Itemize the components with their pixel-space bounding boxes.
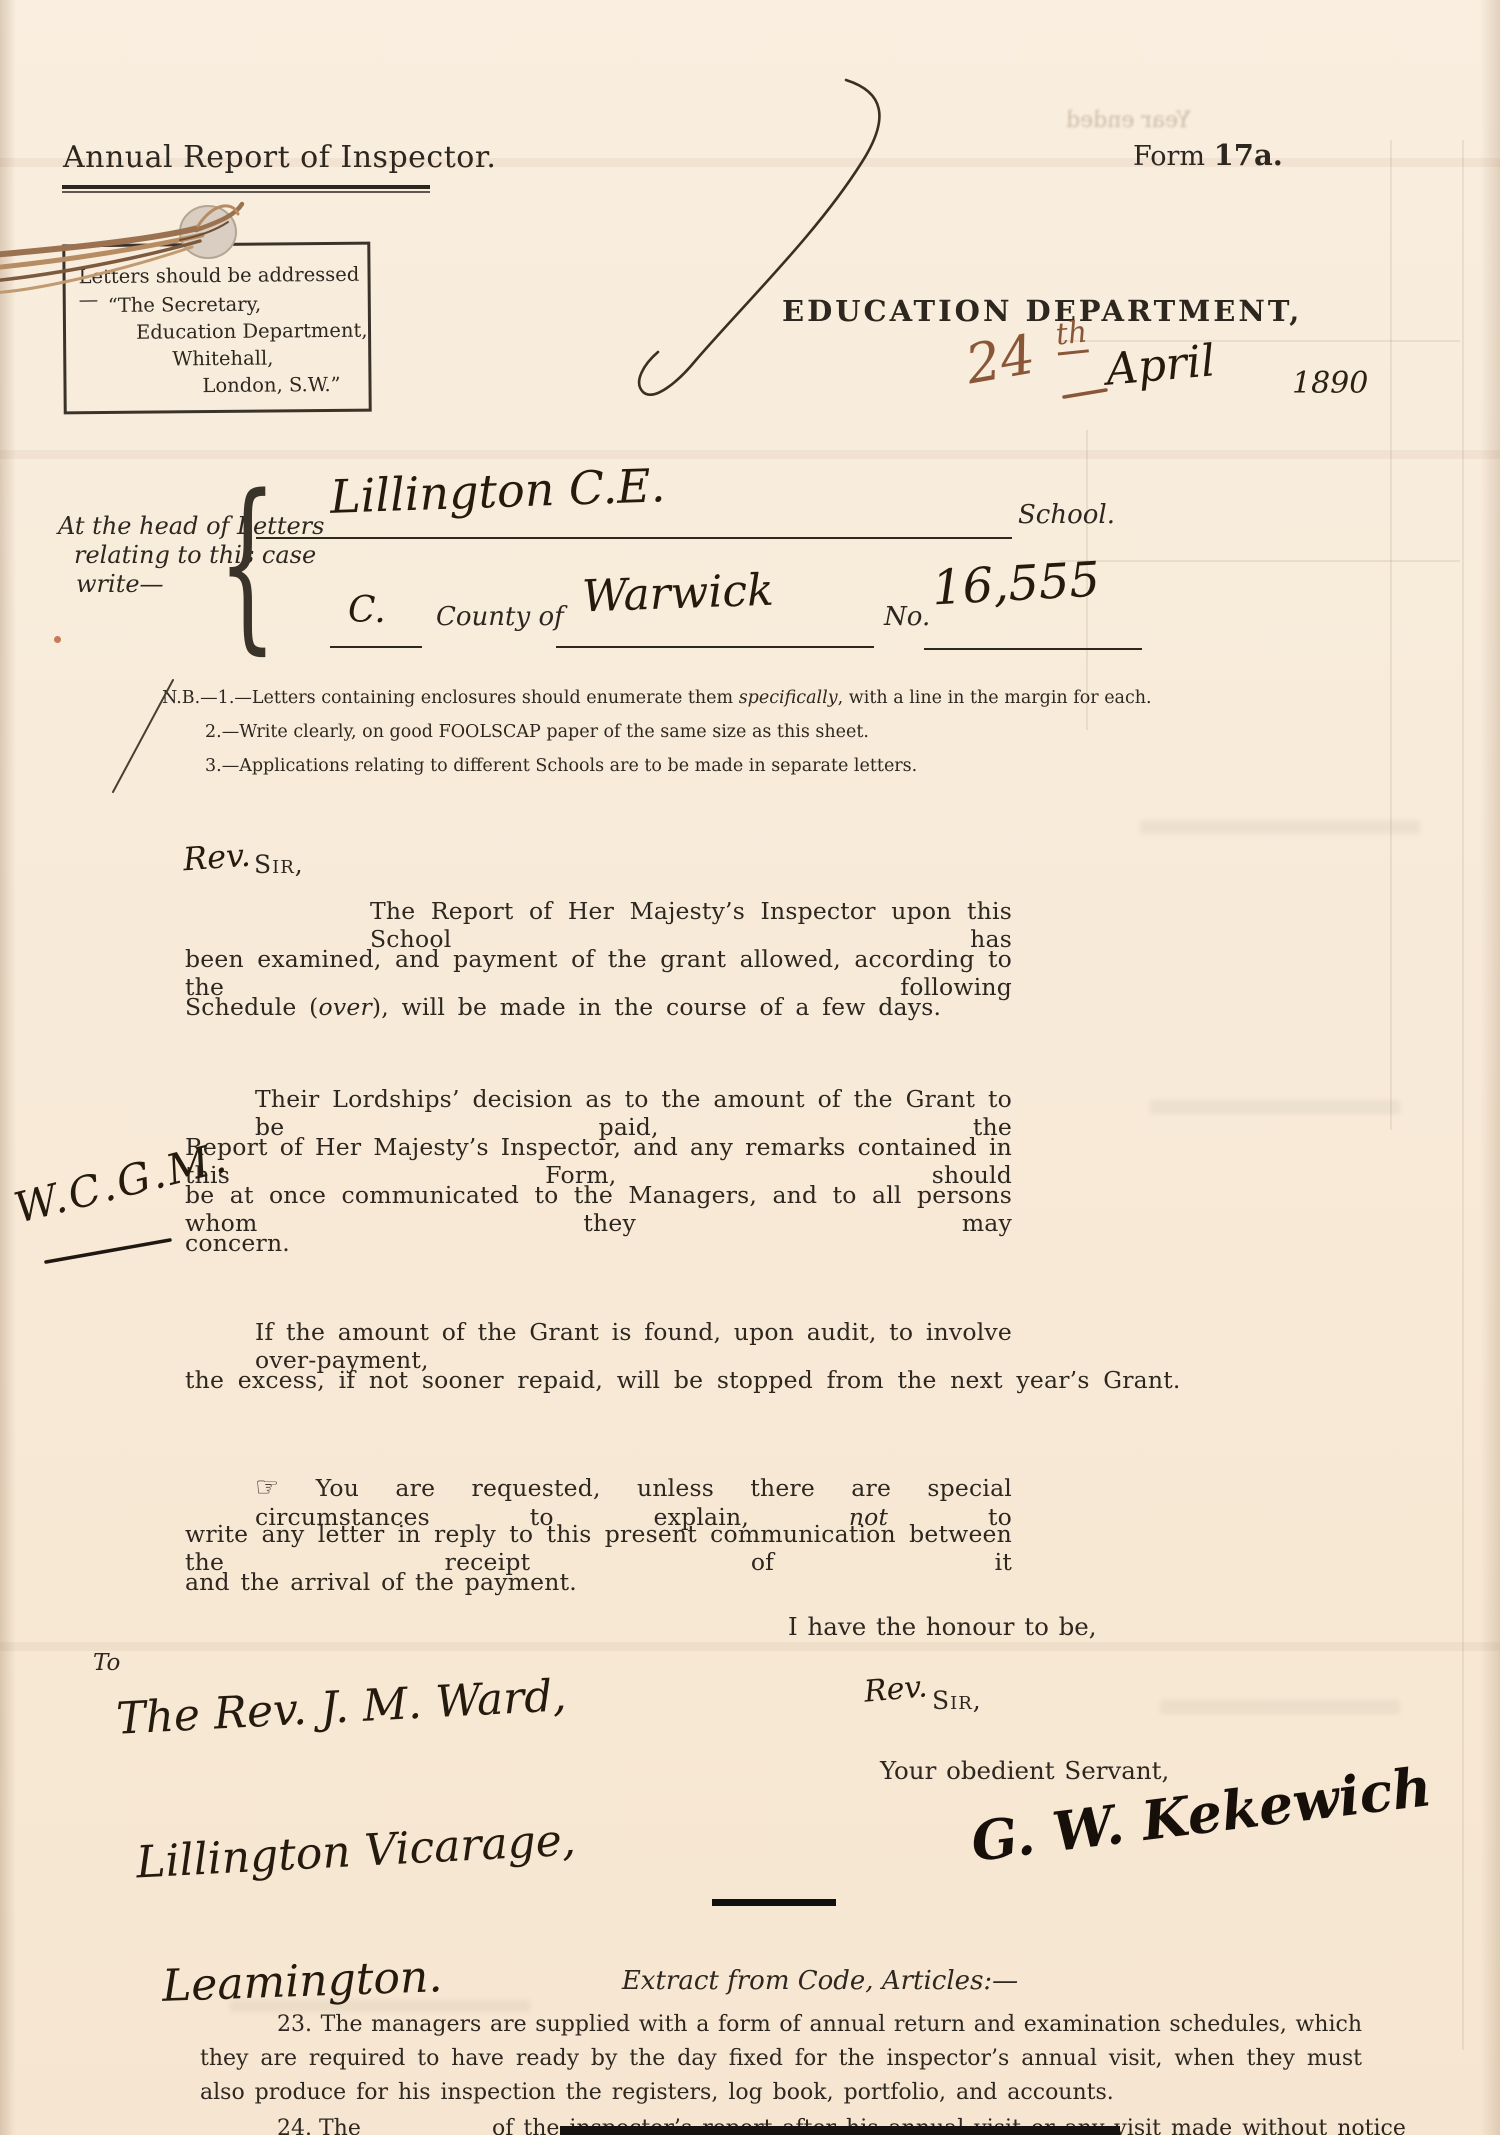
para1-line3: Schedule (over), will be made in the cou… xyxy=(185,993,941,1021)
bleedthrough-rule xyxy=(1390,140,1392,1130)
form-number: 17a. xyxy=(1214,138,1283,172)
article-23-line3: also produce for his inspection the regi… xyxy=(200,2080,1114,2105)
case-head-label-2: relating to this case xyxy=(74,541,316,569)
address-box-line: Whitehall, xyxy=(172,347,273,371)
extract-title: Extract from Code, Articles:— xyxy=(600,1966,1040,1996)
title-underline xyxy=(62,185,430,189)
nb-2-prefix: 2.— xyxy=(205,722,239,742)
rust-speck xyxy=(54,636,61,643)
salutation-sir: Sir, xyxy=(254,850,304,879)
county-rule xyxy=(556,646,874,648)
bleedthrough-smudge xyxy=(1140,820,1420,834)
right-page-edge xyxy=(1480,0,1500,2135)
form-number-label: Form 17a. xyxy=(1133,138,1283,172)
addressee-line-3: Leamington. xyxy=(161,1951,443,2012)
nb-1-prefix: N.B.—1.— xyxy=(162,688,252,708)
date-dash xyxy=(1064,390,1106,397)
addressee-line-2: Lillington Vicarage, xyxy=(135,1815,577,1889)
school-name-handwritten: Lillington C.E. xyxy=(329,458,666,524)
handwritten-date-day: 24 xyxy=(961,323,1040,397)
pointing-hand-icon: ☞ xyxy=(255,1472,279,1503)
para1-line3-a: Schedule ( xyxy=(185,993,319,1021)
article-23-number: 23. xyxy=(277,2012,312,2037)
para1-line3-emphasis: over xyxy=(319,993,372,1021)
case-head-label-1: At the head of Letters xyxy=(58,512,324,540)
school-word: School. xyxy=(1018,500,1115,530)
para2-line3: be at once communicated to the Managers,… xyxy=(185,1181,1012,1237)
case-head-label-3: write— xyxy=(76,570,164,598)
nb-note-1: N.B.—1.—Letters containing enclosures sh… xyxy=(162,688,1152,708)
article-23-text1: The managers are supplied with a form of… xyxy=(321,2012,1362,2037)
department-heading: EDUCATION DEPARTMENT, xyxy=(782,294,1302,328)
initials-underline xyxy=(46,1240,170,1262)
bleedthrough-text: Year ended xyxy=(1066,108,1191,133)
bleedthrough-smudge xyxy=(1160,1700,1400,1714)
county-initial-handwritten: C. xyxy=(348,590,386,631)
bleedthrough-rule xyxy=(1060,560,1460,562)
nb-1-text-a: Letters containing enclosures should enu… xyxy=(252,688,739,708)
addressee-to: To xyxy=(93,1650,120,1676)
closing-sir: Sir, xyxy=(932,1686,982,1715)
page-title: Annual Report of Inspector. xyxy=(63,140,496,175)
torn-left-edge xyxy=(0,0,16,2135)
no-label: No. xyxy=(884,602,930,632)
county-initial-rule xyxy=(330,646,422,648)
county-handwritten: Warwick xyxy=(581,565,774,623)
address-box-line: Education Department, xyxy=(136,319,368,344)
para4-line3: and the arrival of the payment. xyxy=(185,1568,577,1596)
para3-line2: the excess, if not sooner repaid, will b… xyxy=(185,1366,1181,1394)
nb-2-text: Write clearly, on good FOOLSCAP paper of… xyxy=(239,722,869,742)
school-no-rule xyxy=(924,648,1142,650)
case-head-brace: { xyxy=(218,455,277,671)
closing-servant: Your obedient Servant, xyxy=(880,1756,1169,1785)
ink-flourish xyxy=(639,80,879,395)
title-underline-2 xyxy=(62,191,430,193)
addressee-line-1: The Rev. J. M. Ward, xyxy=(115,1670,568,1745)
nb-3-prefix: 3.— xyxy=(205,756,239,776)
nb-note-3: 3.—Applications relating to different Sc… xyxy=(205,756,917,776)
school-name-rule xyxy=(256,537,1012,539)
bottom-scan-bar xyxy=(560,2126,1120,2135)
nb-note-2: 2.—Write clearly, on good FOOLSCAP paper… xyxy=(205,722,869,742)
closing-honour: I have the honour to be, xyxy=(788,1612,1097,1641)
salutation-rev-handwritten: Rev. xyxy=(182,836,252,879)
bleedthrough-smudge xyxy=(1150,1100,1400,1114)
scanned-letter-page: Year ended Annual Report of Inspector. F… xyxy=(0,0,1500,2135)
nb-1-text-b: , with a line in the margin for each. xyxy=(838,688,1152,708)
article-23-line2: they are required to have ready by the d… xyxy=(200,2046,1362,2071)
address-box-line: London, S.W.” xyxy=(202,373,340,397)
date-year: 1890 xyxy=(1292,366,1368,401)
para1-line3-b: ), will be made in the course of a few d… xyxy=(372,993,941,1021)
article-23-line1: 23. The managers are supplied with a for… xyxy=(277,2012,1362,2037)
form-word: Form xyxy=(1133,141,1205,172)
closing-rev-handwritten: Rev. xyxy=(863,1669,929,1709)
bleedthrough-rule xyxy=(1462,140,1464,2050)
bleedthrough-rule xyxy=(1060,340,1460,342)
paper-fold-band xyxy=(0,1642,1500,1651)
para2-line4: concern. xyxy=(185,1229,290,1257)
nb-3-text: Applications relating to different Schoo… xyxy=(239,756,917,776)
address-box: Letters should be addressed— “The Secret… xyxy=(62,242,371,415)
article-24-partial-a: 24. The xyxy=(277,2118,361,2135)
handwritten-date-suffix: th xyxy=(1054,314,1089,355)
school-no-handwritten: 16,555 xyxy=(931,552,1102,617)
handwritten-date-month: April xyxy=(1104,335,1217,395)
nb-1-emphasis: specifically xyxy=(739,688,838,708)
county-of-label: County of xyxy=(436,602,564,632)
address-box-line: “The Secretary, xyxy=(108,293,262,317)
separator-rule xyxy=(712,1899,836,1906)
